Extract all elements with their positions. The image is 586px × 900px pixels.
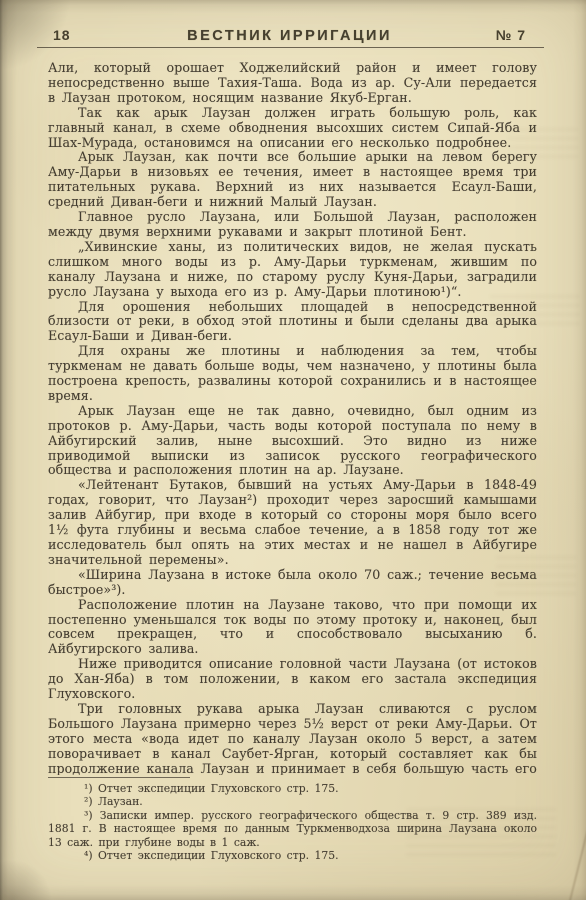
footnote: ³) Записки импер. русского географическо… bbox=[48, 809, 537, 849]
article-body: Али, который орошает Ходжелийский район … bbox=[48, 61, 537, 775]
footnote-separator bbox=[48, 777, 190, 778]
paragraph: «Лейтенант Бутаков, бывший на устьях Аму… bbox=[48, 478, 537, 567]
paragraph: Ниже приводится описание головной части … bbox=[48, 657, 537, 702]
paragraph: Арык Лаузан еще не так давно, очевидно, … bbox=[48, 404, 537, 479]
paragraph: Арык Лаузан, как почти все большие арыки… bbox=[48, 150, 537, 210]
footnote: ¹) Отчет экспедиции Глуховского стр. 175… bbox=[48, 782, 537, 795]
paragraph: Три головных рукава арыка Лаузан сливают… bbox=[48, 702, 537, 775]
paragraph: «Ширина Лаузана в истоке была около 70 с… bbox=[48, 568, 537, 598]
paragraph: „Хивинские ханы, из политических видов, … bbox=[48, 240, 537, 300]
paragraph: Для орошения небольших площадей в непоср… bbox=[48, 300, 537, 345]
footnote: ²) Лаузан. bbox=[48, 795, 537, 808]
page-header: 18 ВЕСТНИК ИРРИГАЦИИ № 7 bbox=[38, 27, 544, 44]
paragraph: Так как арык Лаузан должен играть большу… bbox=[48, 106, 537, 151]
paragraph: Али, который орошает Ходжелийский район … bbox=[48, 61, 537, 106]
page-number: 18 bbox=[38, 27, 187, 43]
scanned-document-page: 18 ВЕСТНИК ИРРИГАЦИИ № 7 Али, который ор… bbox=[0, 0, 586, 900]
paragraph: Расположение плотин на Лаузане таково, ч… bbox=[48, 598, 537, 658]
footnote: ⁴) Отчет экспедиции Глуховского стр. 175… bbox=[48, 849, 537, 862]
paragraph: Для охраны же плотины и наблюдения за те… bbox=[48, 344, 537, 404]
paragraph: Главное русло Лаузана, или Большой Лауза… bbox=[48, 210, 537, 240]
footnotes-block: ¹) Отчет экспедиции Глуховского стр. 175… bbox=[48, 782, 537, 862]
paper-crease bbox=[568, 819, 586, 900]
journal-title: ВЕСТНИК ИРРИГАЦИИ bbox=[187, 28, 392, 44]
issue-number: № 7 bbox=[392, 27, 544, 43]
header-rule bbox=[37, 47, 544, 48]
